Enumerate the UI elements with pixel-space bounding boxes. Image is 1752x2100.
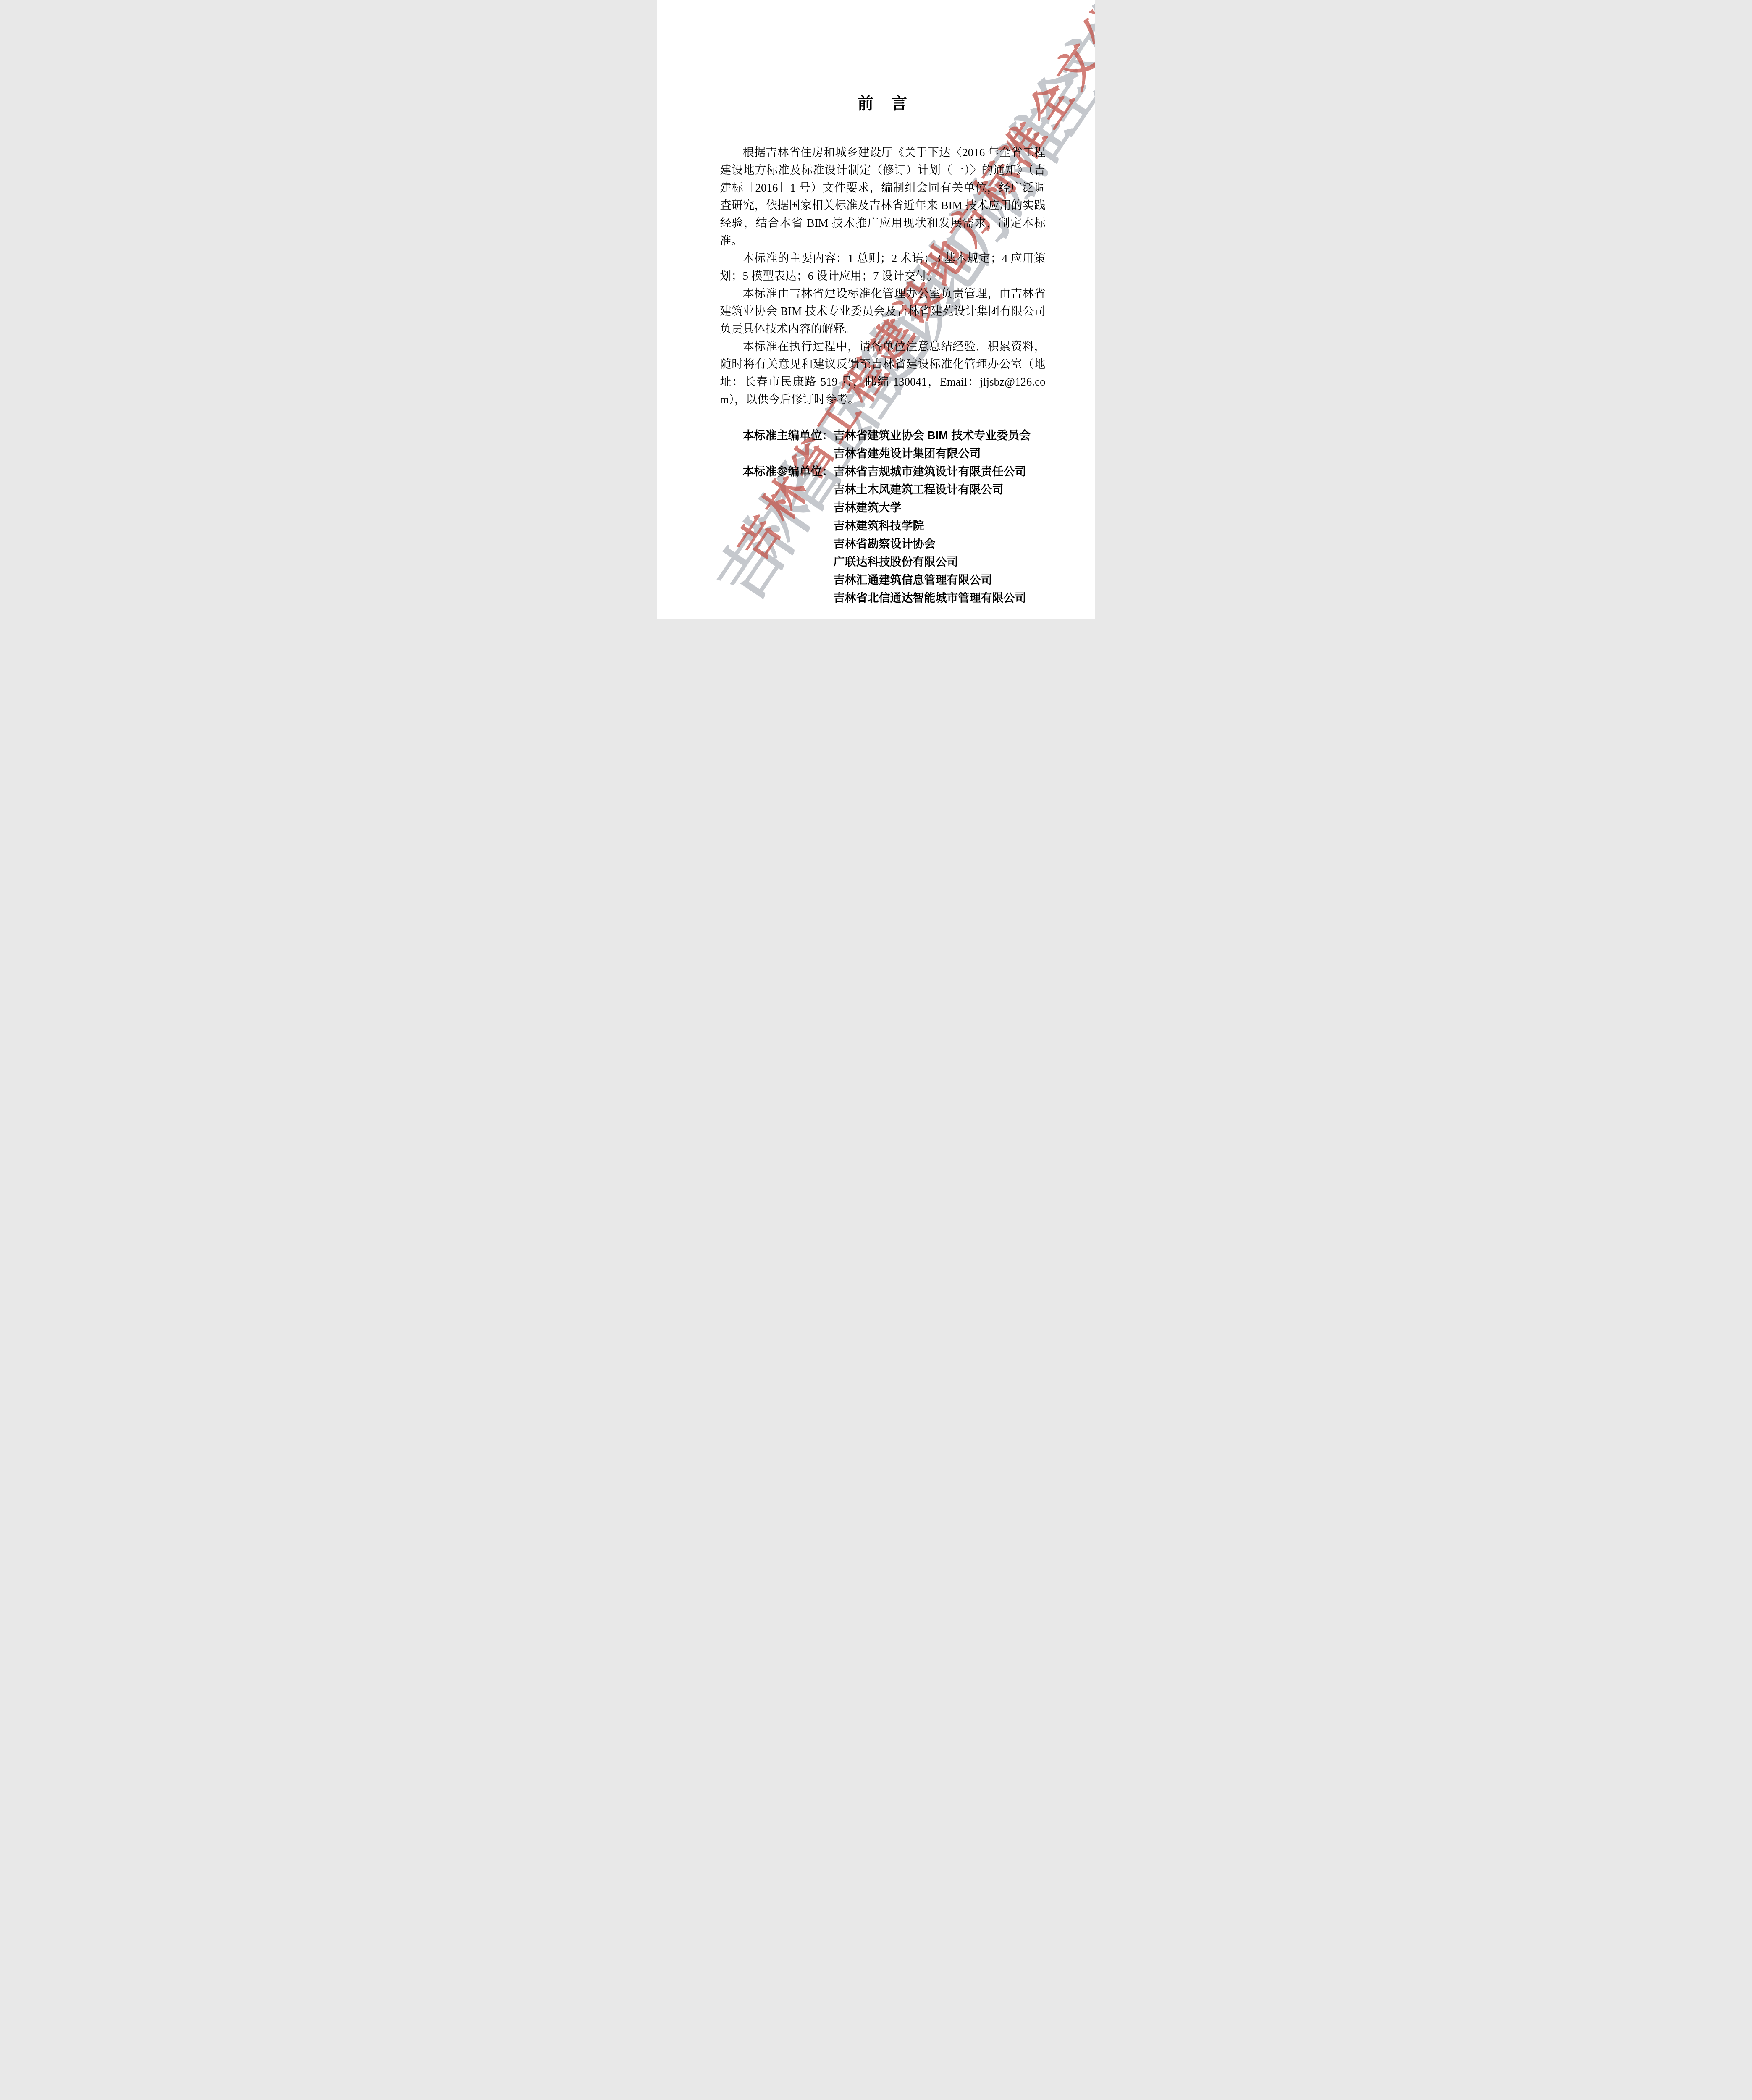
unit-name: 吉林汇通建筑信息管理有限公司	[834, 571, 1046, 589]
preface-body: 根据吉林省住房和城乡建设厅《关于下达〈2016 年全省工程建设地方标准及标准设计…	[720, 144, 1046, 408]
chief-editor-label: 本标准主编单位：	[743, 427, 834, 445]
unit-name: 广联达科技股份有限公司	[834, 553, 1046, 571]
document-content: 前 言 根据吉林省住房和城乡建设厅《关于下达〈2016 年全省工程建设地方标准及…	[657, 0, 1095, 607]
chief-editor-names: 吉林省建筑业协会 BIM 技术专业委员会 吉林省建苑设计集团有限公司	[834, 427, 1046, 463]
editor-units-section: 本标准主编单位： 吉林省建筑业协会 BIM 技术专业委员会 吉林省建苑设计集团有…	[720, 427, 1046, 607]
document-page: 吉林省工程建设地方标准全文公开 吉林省工程建设地方标准全文公开 前 言 根据吉林…	[657, 0, 1095, 619]
unit-name: 吉林省建苑设计集团有限公司	[834, 445, 1046, 463]
participating-editor-row: 本标准参编单位： 吉林省吉规城市建筑设计有限责任公司 吉林土木风建筑工程设计有限…	[743, 463, 1046, 607]
unit-name: 吉林省吉规城市建筑设计有限责任公司	[834, 463, 1046, 481]
unit-name: 吉林建筑科技学院	[834, 517, 1046, 535]
paragraph-management: 本标准由吉林省建设标准化管理办公室负责管理，由吉林省建筑业协会 BIM 技术专业…	[720, 285, 1046, 338]
unit-name: 吉林建筑大学	[834, 499, 1046, 517]
chief-editor-row: 本标准主编单位： 吉林省建筑业协会 BIM 技术专业委员会 吉林省建苑设计集团有…	[743, 427, 1046, 463]
participating-editor-names: 吉林省吉规城市建筑设计有限责任公司 吉林土木风建筑工程设计有限公司 吉林建筑大学…	[834, 463, 1046, 607]
unit-name: 吉林省北信通达智能城市管理有限公司	[834, 589, 1046, 607]
paragraph-contents: 本标准的主要内容：1 总则；2 术语；3 基本规定；4 应用策划；5 模型表达；…	[720, 249, 1046, 285]
page-title: 前 言	[720, 95, 1046, 113]
paragraph-basis: 根据吉林省住房和城乡建设厅《关于下达〈2016 年全省工程建设地方标准及标准设计…	[720, 144, 1046, 249]
participating-editor-label: 本标准参编单位：	[743, 463, 834, 481]
unit-name: 吉林土木风建筑工程设计有限公司	[834, 481, 1046, 499]
paragraph-feedback: 本标准在执行过程中，请各单位注意总结经验，积累资料，随时将有关意见和建议反馈至吉…	[720, 338, 1046, 408]
unit-name: 吉林省勘察设计协会	[834, 535, 1046, 553]
unit-name: 吉林省建筑业协会 BIM 技术专业委员会	[834, 427, 1046, 445]
